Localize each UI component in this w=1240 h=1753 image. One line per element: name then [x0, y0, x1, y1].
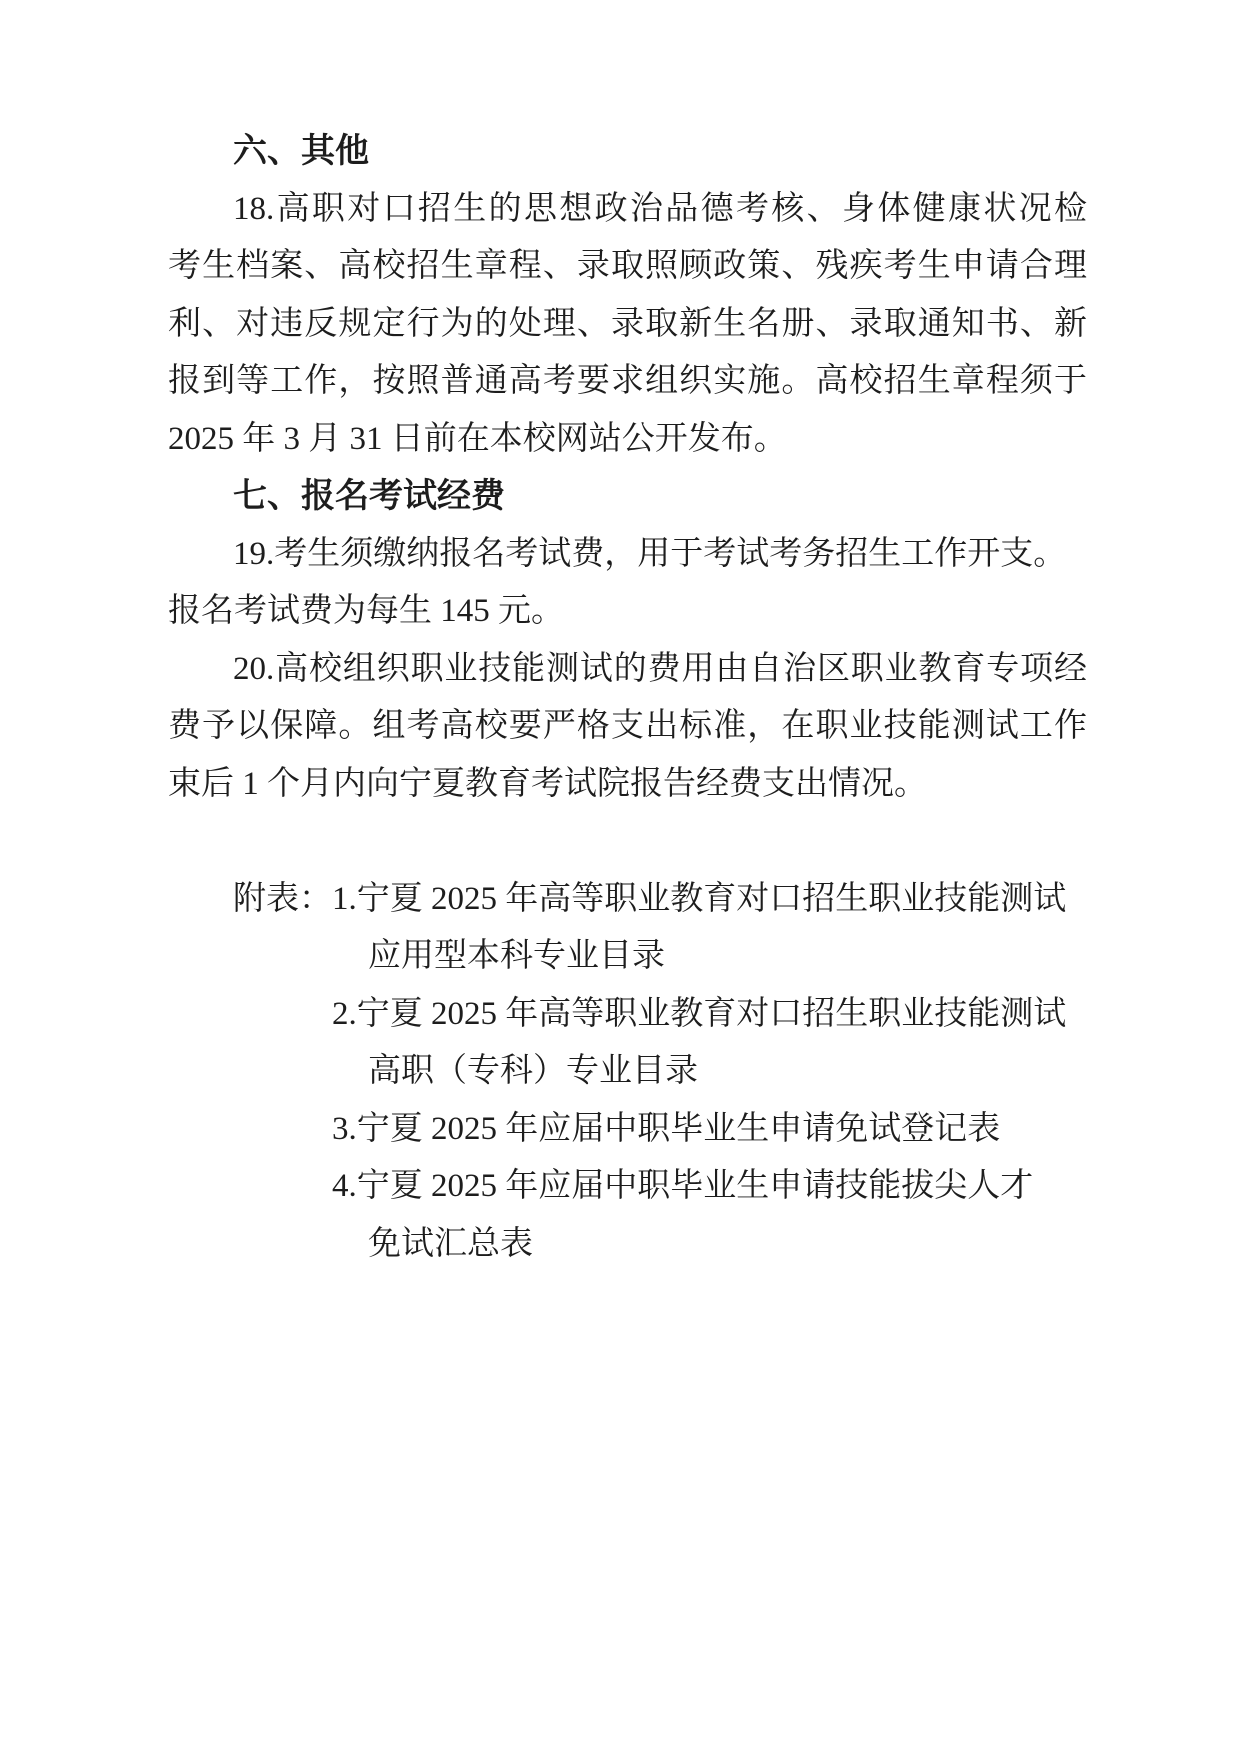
section-seven-heading: 七、报名考试经费	[168, 468, 1087, 526]
paragraph-20-line-2: 费予以保障。组考高校要严格支出标准，在职业技能测试工作结	[168, 698, 1087, 756]
paragraph-18-line-1: 18.高职对口招生的思想政治品德考核、身体健康状况检查、	[168, 181, 1087, 239]
annex-item-1-text: 1.宁夏 2025 年高等职业教育对口招生职业技能测试	[332, 881, 1066, 917]
annex-item-4-line-2: 免试汇总表	[168, 1216, 1087, 1274]
paragraph-18-line-3: 利、对违反规定行为的处理、录取新生名册、录取通知书、新生	[168, 296, 1087, 354]
paragraph-20: 20.高校组织职业技能测试的费用由自治区职业教育专项经 费予以保障。组考高校要严…	[168, 641, 1087, 814]
paragraph-19-line-1: 19.考生须缴纳报名考试费，用于考试考务招生工作开支。	[168, 526, 1087, 584]
annex-item-3-line-1: 3.宁夏 2025 年应届中职毕业生申请免试登记表	[168, 1101, 1087, 1159]
section-six-heading: 六、其他	[168, 123, 1087, 181]
paragraph-19-line-2: 报名考试费为每生 145 元。	[168, 583, 1087, 641]
paragraph-20-line-3: 束后 1 个月内向宁夏教育考试院报告经费支出情况。	[168, 756, 1087, 814]
text-column: 六、其他 18.高职对口招生的思想政治品德考核、身体健康状况检查、 考生档案、高…	[168, 123, 1087, 1273]
annex-label: 附表：	[233, 881, 332, 917]
annex-item-2-line-2: 高职（专科）专业目录	[168, 1043, 1087, 1101]
blank-line	[168, 813, 1087, 871]
paragraph-19: 19.考生须缴纳报名考试费，用于考试考务招生工作开支。 报名考试费为每生 145…	[168, 526, 1087, 641]
paragraph-18-line-4: 报到等工作，按照普通高考要求组织实施。高校招生章程须于	[168, 353, 1087, 411]
paragraph-18-line-5: 2025 年 3 月 31 日前在本校网站公开发布。	[168, 411, 1087, 469]
paragraph-20-line-1: 20.高校组织职业技能测试的费用由自治区职业教育专项经	[168, 641, 1087, 699]
paragraph-18: 18.高职对口招生的思想政治品德考核、身体健康状况检查、 考生档案、高校招生章程…	[168, 181, 1087, 469]
annex-item-1-line-1: 附表：1.宁夏 2025 年高等职业教育对口招生职业技能测试	[168, 871, 1087, 929]
annex-list: 附表：1.宁夏 2025 年高等职业教育对口招生职业技能测试 应用型本科专业目录…	[168, 871, 1087, 1274]
annex-item-4-line-1: 4.宁夏 2025 年应届中职毕业生申请技能拔尖人才	[168, 1158, 1087, 1216]
document-page: 六、其他 18.高职对口招生的思想政治品德考核、身体健康状况检查、 考生档案、高…	[0, 0, 1240, 1753]
paragraph-18-line-2: 考生档案、高校招生章程、录取照顾政策、残疾考生申请合理便	[168, 238, 1087, 296]
annex-item-2-line-1: 2.宁夏 2025 年高等职业教育对口招生职业技能测试	[168, 986, 1087, 1044]
annex-item-1-line-2: 应用型本科专业目录	[168, 928, 1087, 986]
